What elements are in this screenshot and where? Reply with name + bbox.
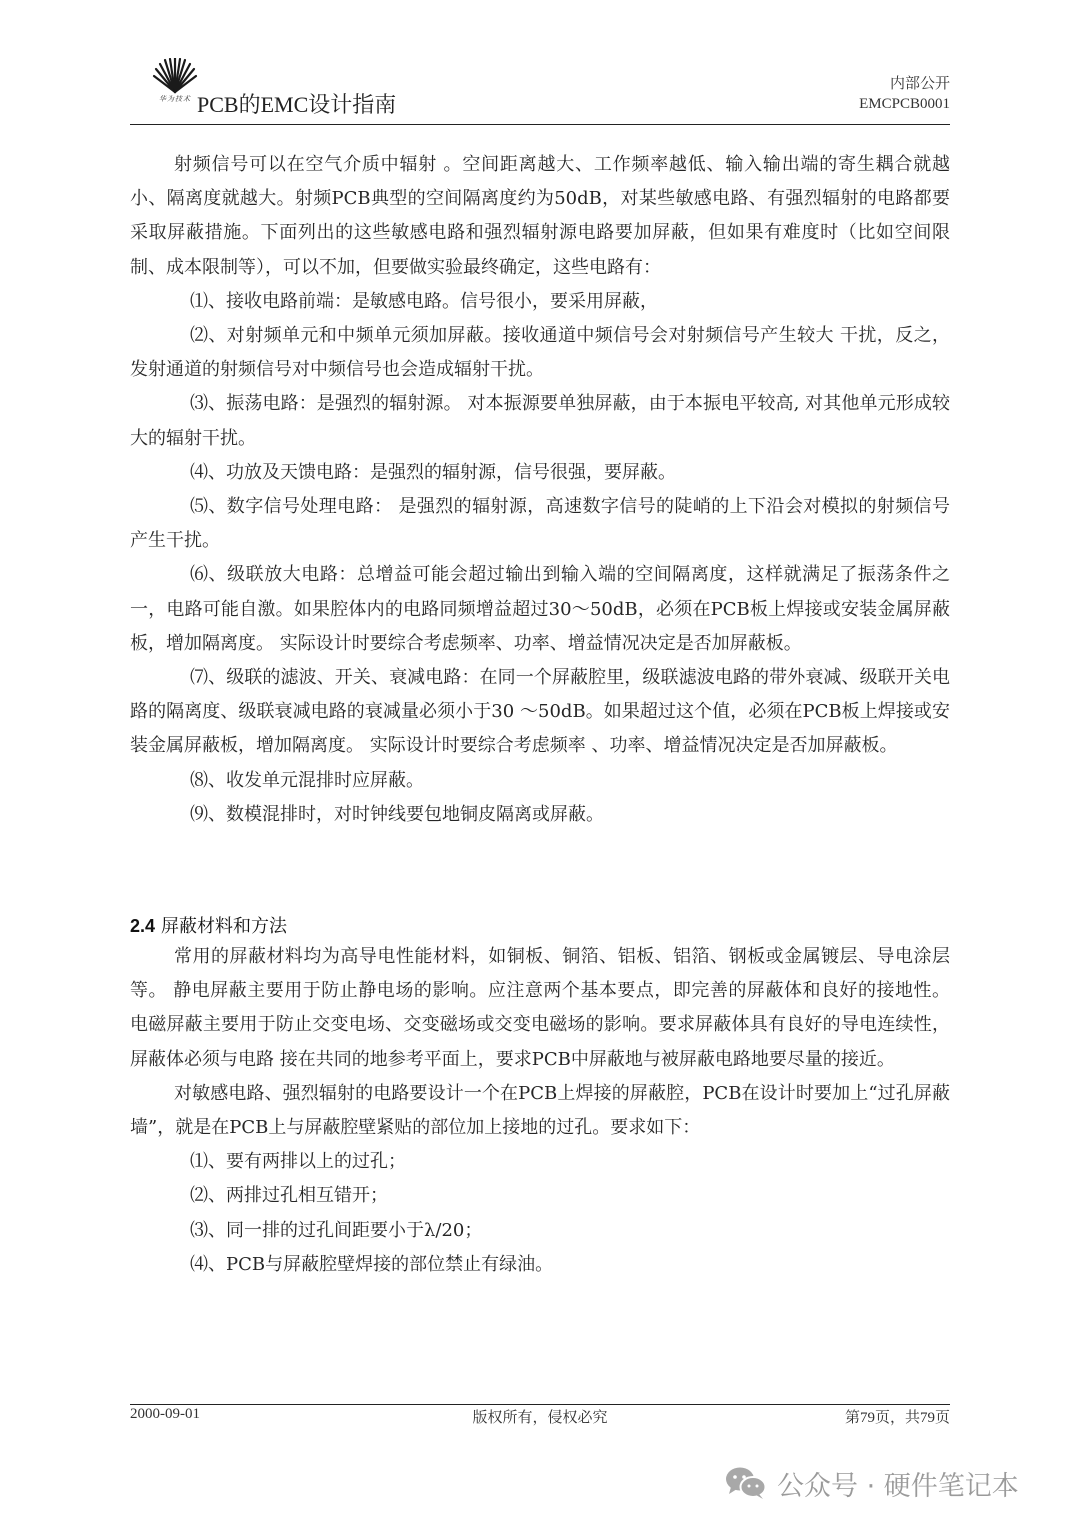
company-logo: 华为技术	[150, 58, 200, 110]
document-id: EMCPCB0001	[859, 94, 950, 114]
footer-copyright: 版权所有，侵权必究	[130, 1406, 950, 1427]
list-item: ⑹、级联放大电路：总增益可能会超过输出到输入端的空间隔离度，这样就满足了振荡条件…	[130, 558, 950, 661]
shell-logo-icon	[150, 58, 200, 98]
list-item: ⑻、收发单元混排时应屏蔽。	[130, 764, 950, 798]
list-item: ⑶、振荡电路：是强烈的辐射源。 对本振源要单独屏蔽，由于本振电平较高, 对其他单…	[130, 387, 950, 455]
list-item: ⑵、两排过孔相互错开；	[130, 1179, 950, 1213]
wechat-icon	[725, 1466, 767, 1500]
header-divider	[130, 124, 950, 125]
page-header: 华为技术 PCB的EMC设计指南 内部公开 EMCPCB0001	[130, 58, 950, 124]
list-item: ⑷、PCB与屏蔽腔壁焊接的部位禁止有绿油。	[130, 1248, 950, 1282]
paragraph: 对敏感电路、强烈辐射的电路要设计一个在PCB上焊接的屏蔽腔，PCB在设计时要加上…	[130, 1077, 950, 1145]
footer-divider	[130, 1404, 950, 1405]
body-section-1: 射频信号可以在空气介质中辐射 。空间距离越大、工作频率越低、输入输出端的寄生耦合…	[130, 148, 950, 832]
footer-page-number: 第79页，共79页	[845, 1406, 950, 1427]
list-item: ⑶、同一排的过孔间距要小于λ/20；	[130, 1214, 950, 1248]
list-item: ⑷、功放及天馈电路：是强烈的辐射源，信号很强，要屏蔽。	[130, 456, 950, 490]
section-number: 2.4	[130, 916, 155, 936]
list-item: ⑸、数字信号处理电路： 是强烈的辐射源，高速数字信号的陡峭的上下沿会对模拟的射频…	[130, 490, 950, 558]
intro-paragraph: 射频信号可以在空气介质中辐射 。空间距离越大、工作频率越低、输入输出端的寄生耦合…	[130, 148, 950, 285]
header-meta: 内部公开 EMCPCB0001	[859, 74, 950, 114]
section-title: 屏蔽材料和方法	[161, 916, 287, 937]
watermark: 公众号 · 硬件笔记本	[725, 1465, 1019, 1501]
list-item: ⑴、要有两排以上的过孔；	[130, 1145, 950, 1179]
classification-label: 内部公开	[859, 74, 950, 94]
watermark-text: 公众号 · 硬件笔记本	[777, 1464, 1019, 1503]
page-footer: 2000-09-01 版权所有，侵权必究 第79页，共79页	[130, 1406, 950, 1426]
body-section-2: 常用的屏蔽材料均为高导电性能材料，如铜板、铜箔、铝板、铝箔、钢板或金属镀层、导电…	[130, 940, 950, 1282]
document-title: PCB的EMC设计指南	[197, 88, 396, 119]
section-heading: 2.4屏蔽材料和方法	[130, 912, 287, 938]
paragraph: 常用的屏蔽材料均为高导电性能材料，如铜板、铜箔、铝板、铝箔、钢板或金属镀层、导电…	[130, 940, 950, 1077]
list-item: ⑼、数模混排时，对时钟线要包地铜皮隔离或屏蔽。	[130, 798, 950, 832]
list-item: ⑺、级联的滤波、开关、衰减电路：在同一个屏蔽腔里，级联滤波电路的带外衰减、级联开…	[130, 661, 950, 764]
list-item: ⑴、接收电路前端：是敏感电路。信号很小，要采用屏蔽，	[130, 285, 950, 319]
list-item: ⑵、对射频单元和中频单元须加屏蔽。接收通道中频信号会对射频信号产生较大 干扰，反…	[130, 319, 950, 387]
logo-caption: 华为技术	[150, 94, 200, 104]
